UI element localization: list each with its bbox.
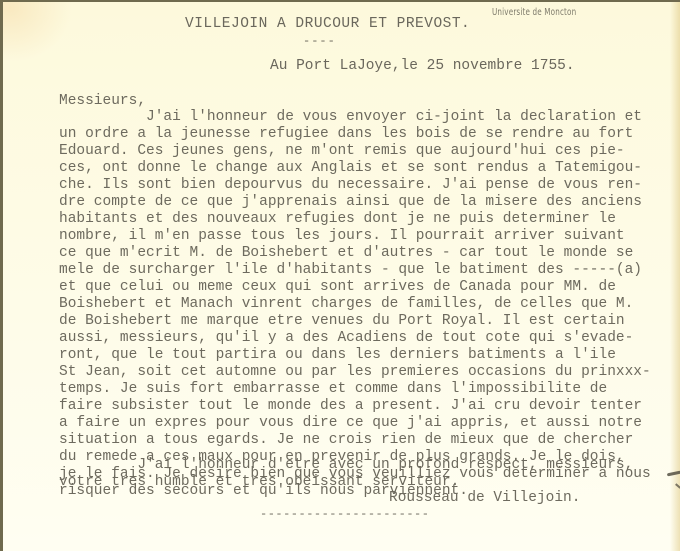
document-page: Universite de Moncton VILLEJOIN A DRUCOU… bbox=[0, 0, 680, 551]
text-line: nombre, il m'en passe tous les jours. Il… bbox=[59, 228, 679, 245]
text-line: aussi, messieurs, qu'il y a des Acadiens… bbox=[59, 330, 679, 347]
text-line: ces, ont donne le change aux Anglais et … bbox=[59, 160, 679, 177]
salutation: Messieurs, bbox=[59, 93, 146, 109]
text-line: ront, que le tout partira ou dans les de… bbox=[59, 347, 679, 364]
text-line: mele de surcharger l'ile d'habitants - q… bbox=[59, 262, 679, 279]
dateline: Au Port LaJoye,le 25 novembre 1755. bbox=[270, 58, 575, 74]
archive-stamp: Universite de Moncton bbox=[492, 7, 576, 18]
text-line: habitants et des nouveaux refugies dont … bbox=[59, 211, 679, 228]
text-line: faire subsister tout le monde des a pres… bbox=[59, 398, 679, 415]
text-line: ce que m'ecrit M. de Boishebert et d'aut… bbox=[59, 245, 679, 262]
text-line: temps. Je suis fort embarrasse et comme … bbox=[59, 381, 679, 398]
text-line: votre tres humble et tres obeissant serv… bbox=[59, 474, 633, 491]
letter-body: J'ai l'honneur de vous envoyer ci-joint … bbox=[59, 109, 679, 500]
text-line: Edouard. Ces jeunes gens, ne m'ont remis… bbox=[59, 143, 679, 160]
text-line: St Jean, soit cet automne ou par les pre… bbox=[59, 364, 679, 381]
text-line: un ordre a la jeunesse refugiee dans les… bbox=[59, 126, 679, 143]
text-line: a faire un expres pour vous dire ce que … bbox=[59, 415, 679, 432]
text-line: che. Ils sont bien depourvus du necessai… bbox=[59, 177, 679, 194]
letter-closing: J'ai l'honneur d'etre avec un profond re… bbox=[59, 457, 633, 491]
end-rule: ---------------------- bbox=[260, 507, 429, 521]
text-line: situation a tous egards. Je ne crois rie… bbox=[59, 432, 679, 449]
text-line: J'ai l'honneur de vous envoyer ci-joint … bbox=[59, 109, 679, 126]
text-line: de Boishebert me marque etre venues du P… bbox=[59, 313, 679, 330]
text-line: dre compte de ce que j'apprenais ainsi q… bbox=[59, 194, 679, 211]
title-rule: ---- bbox=[303, 34, 336, 48]
text-line: J'ai l'honneur d'etre avec un profond re… bbox=[59, 457, 633, 474]
letter-title: VILLEJOIN A DRUCOUR ET PREVOST. bbox=[185, 16, 470, 32]
text-line: et que celui ou meme ceux qui sont arriv… bbox=[59, 279, 679, 296]
paper-stain bbox=[3, 2, 73, 62]
text-line: Boishebert et Manach vinrent charges de … bbox=[59, 296, 679, 313]
signature: Rousseau de Villejoin. bbox=[389, 490, 580, 506]
